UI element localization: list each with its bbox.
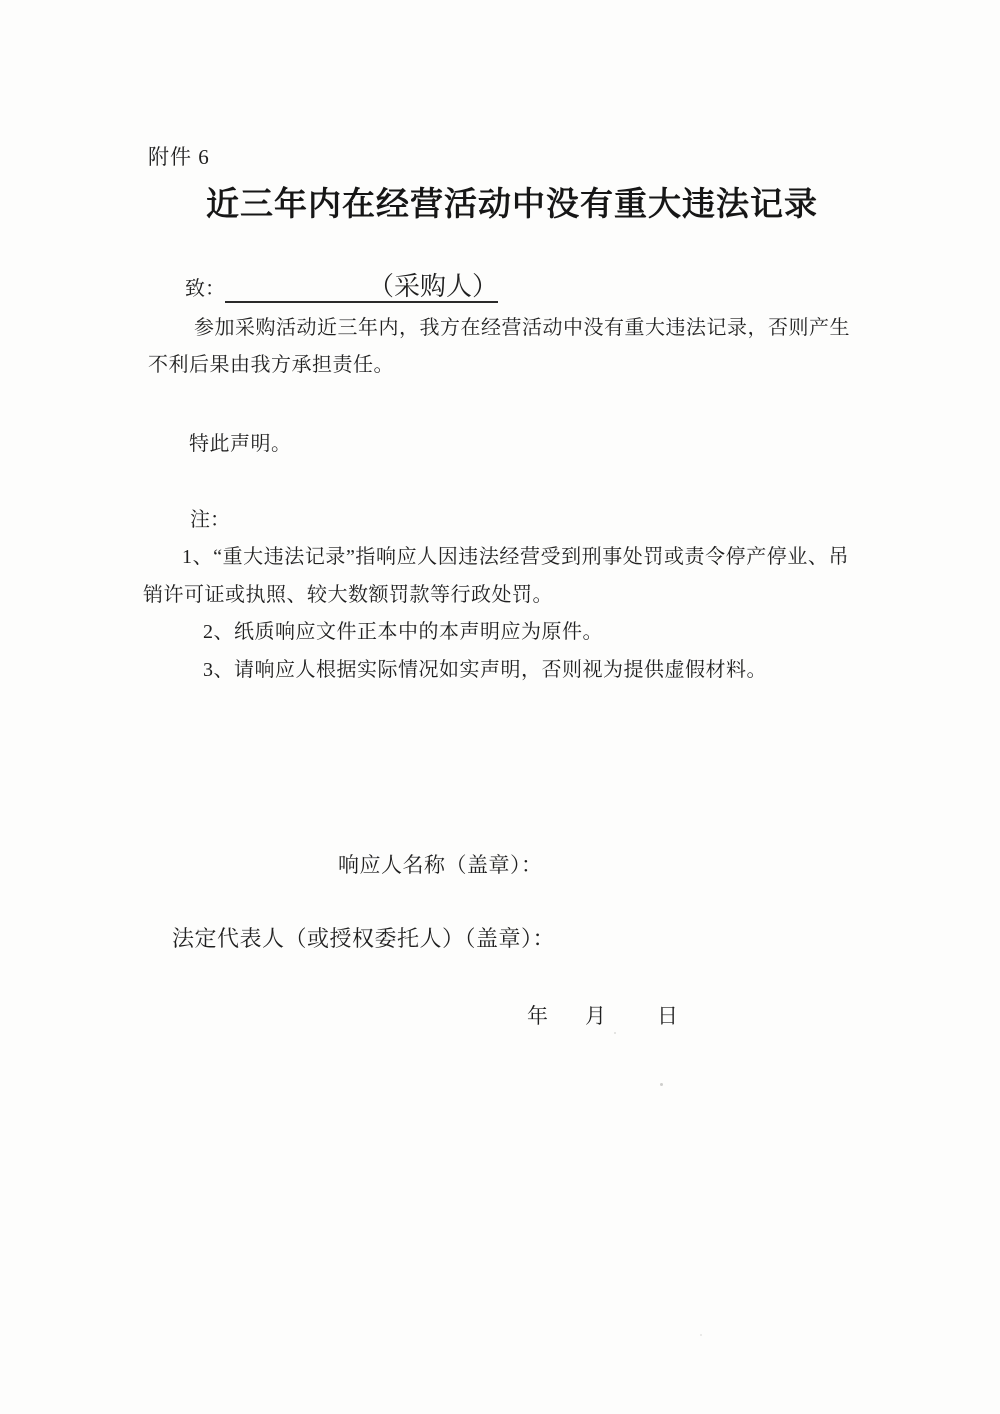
- declaration-paragraph: 参加采购活动近三年内，我方在经营活动中没有重大违法记录，否则产生不利后果由我方承…: [148, 310, 850, 384]
- respondent-seal-label: 响应人名称（盖章）：: [338, 853, 543, 877]
- note-item: 1、“重大违法记录”指响应人因违法经营受到刑事处罚或责令停产停业、吊销许可证或执…: [143, 539, 849, 614]
- note-item: 3、请响应人根据实际情况如实声明，否则视为提供虚假材料。: [143, 652, 849, 690]
- date-line: 年月日: [527, 1004, 678, 1028]
- scan-speck: [660, 1083, 663, 1086]
- notes-label: 注：: [190, 509, 230, 531]
- page-title: 近三年内在经营活动中没有重大违法记录: [12, 187, 1000, 223]
- scan-speck: [700, 1334, 702, 1336]
- scan-speck: [614, 1032, 616, 1034]
- attachment-label: 附件 6: [148, 146, 210, 169]
- recipient-blank-underline: [225, 272, 368, 303]
- month-label: 月: [585, 1004, 606, 1028]
- year-label: 年: [527, 1004, 548, 1028]
- legal-rep-seal-label: 法定代表人（或授权委托人）（盖章）：: [172, 926, 555, 951]
- salutation-line: 致： （采购人）: [185, 272, 498, 303]
- notes-block: 1、“重大违法记录”指响应人因违法经营受到刑事处罚或责令停产停业、吊销许可证或执…: [143, 539, 849, 689]
- closing-statement: 特此声明。: [189, 433, 292, 455]
- scanned-document-page: 附件 6 近三年内在经营活动中没有重大违法记录 致： （采购人） 参加采购活动近…: [0, 0, 1000, 1414]
- recipient-hint: （采购人）: [368, 274, 498, 303]
- salutation-prefix: 致：: [185, 279, 225, 303]
- note-item: 2、纸质响应文件正本中的本声明应为原件。: [143, 614, 849, 652]
- day-label: 日: [657, 1004, 678, 1028]
